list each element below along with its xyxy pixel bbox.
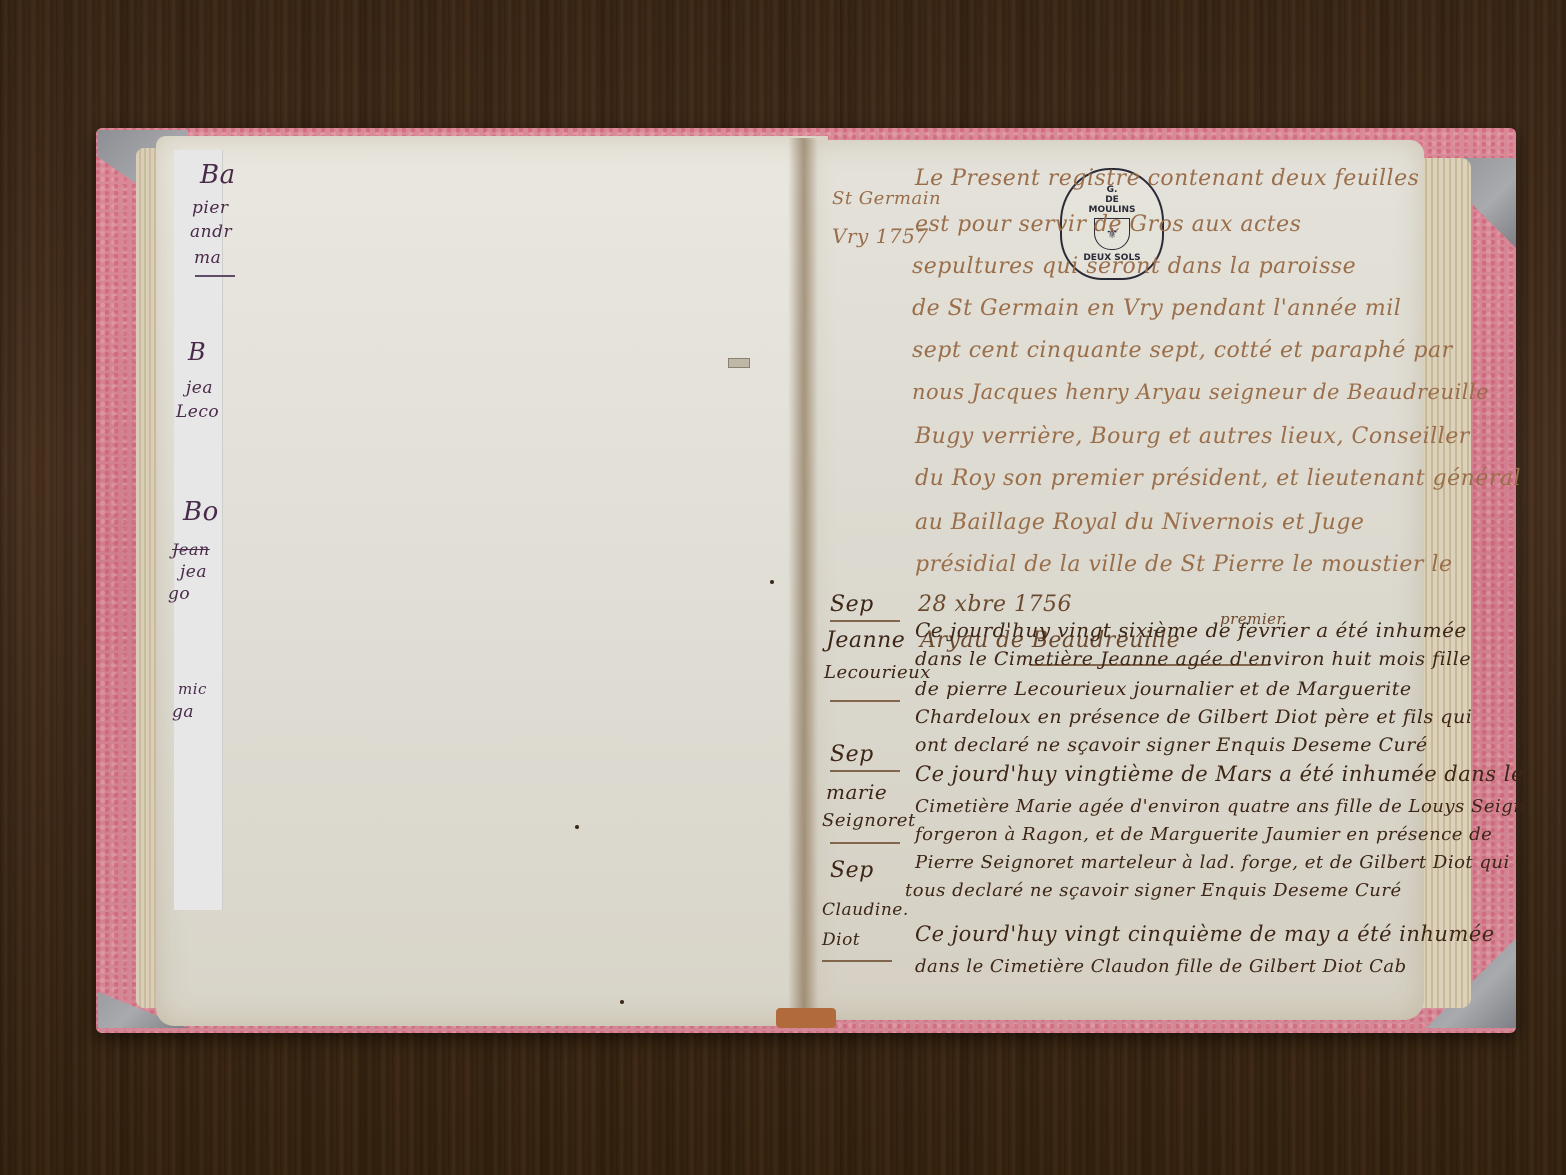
stub-fragment-line: Jean [172, 540, 210, 559]
divider [830, 842, 900, 844]
entry-line: de pierre Lecourieux journalier et de Ma… [915, 678, 1412, 700]
stub-fragment-line: jea [186, 378, 213, 398]
entry-line: Pierre Seignoret marteleur à lad. forge,… [915, 852, 1510, 873]
preamble-line: nous Jacques henry Aryau seigneur de Bea… [912, 380, 1489, 404]
entry-margin-surname: Diot [822, 930, 860, 950]
divider [195, 275, 235, 277]
stub-fragment-line: mic [178, 680, 207, 698]
divider [822, 960, 892, 962]
divider [830, 770, 900, 772]
preamble-line: du Roy son premier président, et lieuten… [915, 466, 1521, 491]
entry-line: Ce jourd'huy vingt cinquième de may a ét… [915, 922, 1495, 946]
stamp-text: DE [1105, 195, 1119, 205]
entry-line: forgeron à Ragon, et de Marguerite Jaumi… [915, 824, 1492, 845]
stub-fragment-line: go [168, 584, 190, 604]
stub-fragment-line: jea [180, 562, 207, 582]
stub-fragment-title: Bo [183, 497, 219, 527]
divider [830, 620, 900, 622]
left-page [156, 136, 828, 1026]
entry-line: ont declaré ne sçavoir signer Enquis Des… [915, 734, 1428, 756]
ink-spot [770, 580, 774, 584]
preamble-line: présidial de la ville de St Pierre le mo… [915, 552, 1452, 577]
paper-tab [728, 358, 750, 368]
preamble-line: de St Germain en Vry pendant l'année mil [912, 296, 1401, 321]
right-page-edges [1421, 158, 1471, 1008]
entry-line: Ce jourd'huy vingtième de Mars a été inh… [915, 762, 1524, 786]
entry-margin-name: Claudine. [822, 900, 909, 920]
preamble-line: sepultures qui seront dans la paroisse [912, 254, 1356, 279]
entry-line: Cimetière Marie agée d'environ quatre an… [915, 796, 1525, 817]
entry-line: Ce jourd'huy vingt sixième de fevrier a … [915, 618, 1467, 642]
entry-margin-label: Sep [830, 858, 874, 883]
book-gutter [788, 138, 818, 1028]
divider [830, 700, 900, 702]
entry-line: tous declaré ne sçavoir signer Enquis De… [905, 880, 1402, 901]
entry-margin-label: Sep [830, 742, 874, 767]
preamble-line: sept cent cinquante sept, cotté et parap… [912, 338, 1453, 363]
entry-margin-label: Sep [830, 592, 874, 617]
preamble-line: Bugy verrière, Bourg et autres lieux, Co… [915, 424, 1470, 449]
entry-margin-name: marie [826, 780, 887, 804]
preamble-line: Le Present registre contenant deux feuil… [915, 166, 1419, 191]
preamble-line: au Baillage Royal du Nivernois et Juge [915, 510, 1364, 535]
entry-margin-surname: Seignoret [822, 810, 916, 831]
stub-fragment-line: pier [192, 198, 229, 218]
margin-header-line: St Germain [832, 188, 941, 209]
stub-fragment-line: ga [172, 702, 194, 722]
stub-fragment-title: Ba [200, 160, 236, 190]
entry-line: dans le Cimetière Claudon fille de Gilbe… [915, 956, 1407, 977]
entry-margin-name: Jeanne [826, 628, 905, 653]
ink-spot [620, 1000, 624, 1004]
stub-fragment-line: ma [194, 248, 221, 268]
preamble-line: est pour servir de Gros aux actes [915, 212, 1301, 237]
stub-fragment-line: Leco [176, 402, 219, 422]
ink-spot [575, 825, 579, 829]
spine [776, 1008, 836, 1028]
entry-line: dans le Cimetière Jeanne agée d'environ … [915, 648, 1471, 670]
entry-line: Chardeloux en présence de Gilbert Diot p… [915, 706, 1472, 728]
stub-fragment-title: B [188, 338, 206, 366]
stub-fragment-line: andr [190, 222, 232, 242]
preamble-date: 28 xbre 1756 [918, 592, 1072, 617]
